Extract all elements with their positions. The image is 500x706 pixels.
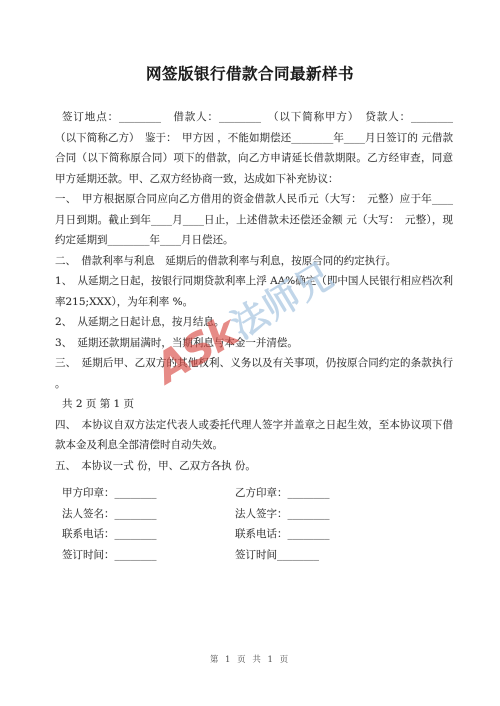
party-b-legal-rep-signature-field: 法人签字：________	[235, 504, 453, 525]
paragraph-preamble: 签订地点：________ 借款人：________ （以下简称甲方） 贷款人：…	[55, 107, 453, 189]
paragraph-clause-2: 二、 借款利率与利息 延期后的借款利率与利息，按原合同的约定执行。	[55, 251, 453, 272]
paragraph-clause-2-item-3: 3、 延期还款期届满时，当期利息与本金一并清偿。	[55, 333, 453, 354]
paragraph-clause-2-item-2: 2、 从延期之日起计息，按月结息。	[55, 312, 453, 333]
page-number: 第 1 页 共 1 页	[0, 653, 500, 665]
party-a-sign-date-field: 签订时间：________	[62, 545, 235, 566]
document-title: 网签版银行借款合同最新样书	[0, 0, 500, 84]
party-b-sign-date-field: 签订时间________	[235, 545, 453, 566]
document-body: 签订地点：________ 借款人：________ （以下简称甲方） 贷款人：…	[0, 107, 500, 476]
party-a-phone-field: 联系电话：________	[62, 524, 235, 545]
paragraph-pages-note: 共 2 页 第 1 页	[55, 394, 453, 415]
party-b-phone-field: 联系电话：________	[235, 524, 453, 545]
party-b-seal-field: 乙方印章：________	[235, 483, 453, 504]
paragraph-clause-5: 五、 本协议一式 份，甲、乙双方各执 份。	[55, 456, 453, 477]
document-page: 网签版银行借款合同最新样书 签订地点：________ 借款人：________…	[0, 0, 500, 706]
signature-block: 甲方印章：________ 乙方印章：________ 法人签名：_______…	[0, 483, 500, 565]
paragraph-clause-3: 三、 延期后甲、乙双方的其他权利、义务以及有关事项，仍按原合同约定的条款执行 。	[55, 353, 453, 394]
paragraph-clause-1: 一、 甲方根据原合同应向乙方借用的资金借款人民币元（大写： 元整）应于年____…	[55, 189, 453, 251]
paragraph-clause-2-item-1: 1、 从延期之日起，按银行同期贷款利率上浮 AA%确定（即中国人民银行相应档次利…	[55, 271, 453, 312]
party-a-seal-field: 甲方印章：________	[62, 483, 235, 504]
party-a-legal-rep-signature-field: 法人签名：________	[62, 504, 235, 525]
paragraph-clause-4: 四、 本协议自双方法定代表人或委托代理人签字并盖章之日起生效，至本协议项下借款本…	[55, 415, 453, 456]
